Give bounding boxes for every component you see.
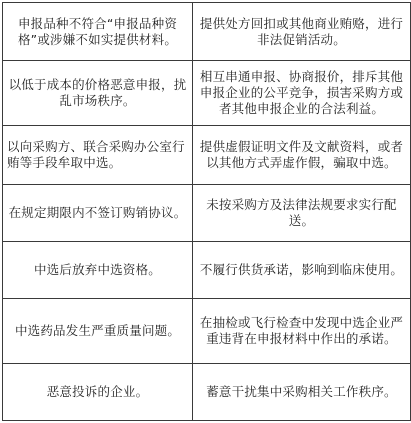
table-row: 恶意投诉的企业。 蓄意干扰集中采购相关工作秩序。: [3, 364, 411, 421]
violations-table: 申报品种不符合“申报品种资格”或涉嫌不如实提供材料。 提供处方回扣或其他商业贿赂…: [2, 2, 411, 421]
table-cell-left: 以低于成本的价格恶意申报，扰乱市场秩序。: [3, 61, 193, 126]
table-row: 在规定期限内不签订购销协议。 未按采购方及法律法规要求实行配送。: [3, 185, 411, 242]
table-row: 申报品种不符合“申报品种资格”或涉嫌不如实提供材料。 提供处方回扣或其他商业贿赂…: [3, 3, 411, 61]
table-row: 以低于成本的价格恶意申报，扰乱市场秩序。 相互串通申报、协商报价，排斥其他申报企…: [3, 61, 411, 126]
table-cell-right: 提供虚假证明文件及文献资料，或者以其他方式弄虚作假，骗取中选。: [193, 126, 411, 185]
table-cell-right: 不履行供货承诺，影响到临床使用。: [193, 242, 411, 299]
table-row: 中选后放弃中选资格。 不履行供货承诺，影响到临床使用。: [3, 242, 411, 299]
table-cell-left: 中选后放弃中选资格。: [3, 242, 193, 299]
table-row: 以向采购方、联合采购办公室行贿等手段牟取中选。 提供虚假证明文件及文献资料，或者…: [3, 126, 411, 185]
table-cell-left: 中选药品发生严重质量问题。: [3, 299, 193, 364]
table-cell-left: 恶意投诉的企业。: [3, 364, 193, 421]
table-cell-left: 以向采购方、联合采购办公室行贿等手段牟取中选。: [3, 126, 193, 185]
table-cell-right: 未按采购方及法律法规要求实行配送。: [193, 185, 411, 242]
table-row: 中选药品发生严重质量问题。 在抽检或飞行检查中发现中选企业严重违背在申报材料中作…: [3, 299, 411, 364]
table-cell-right: 提供处方回扣或其他商业贿赂，进行非法促销活动。: [193, 3, 411, 61]
table-cell-right: 相互串通申报、协商报价，排斥其他申报企业的公平竞争，损害采购方或者其他申报企业的…: [193, 61, 411, 126]
table-cell-left: 在规定期限内不签订购销协议。: [3, 185, 193, 242]
table-cell-right: 蓄意干扰集中采购相关工作秩序。: [193, 364, 411, 421]
table-cell-left: 申报品种不符合“申报品种资格”或涉嫌不如实提供材料。: [3, 3, 193, 61]
table-cell-right: 在抽检或飞行检查中发现中选企业严重违背在申报材料中作出的承诺。: [193, 299, 411, 364]
